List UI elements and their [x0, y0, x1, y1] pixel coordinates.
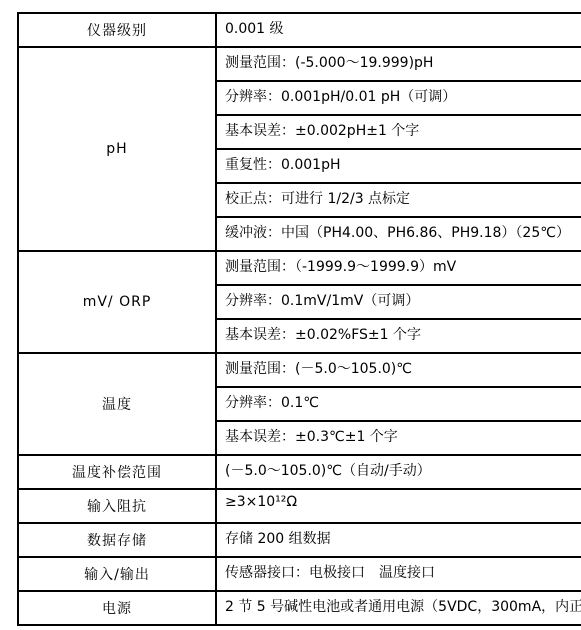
row-label-instrument-grade: 仪器级别: [18, 13, 216, 47]
row-label-ph: pH: [18, 47, 216, 251]
table-row: 温度补偿范围 (－5.0～105.0)℃（自动/手动）: [18, 455, 581, 489]
spec-value-instrument-grade: 0.001 级: [216, 13, 581, 47]
spec-value-power-supply: 2 节 5 号碱性电池或者通用电源（5VDC，300mA，内正外负）: [216, 591, 581, 625]
spec-value-ph-repeatability: 重复性：0.001pH: [216, 149, 581, 183]
table-row: 输入阻抗 ≥3×10¹²Ω: [18, 489, 581, 523]
spec-value-ph-range: 测量范围：(-5.000～19.999)pH: [216, 47, 581, 81]
spec-value-ph-resolution: 分辨率：0.001pH/0.01 pH（可调）: [216, 81, 581, 115]
table-row: 数据存储 存储 200 组数据: [18, 523, 581, 557]
spec-value-temp-compensation-range: (－5.0～105.0)℃（自动/手动）: [216, 455, 581, 489]
spec-value-mv-basic-error: 基本误差：±0.02%FS±1 个字: [216, 319, 581, 353]
row-label-temperature: 温度: [18, 353, 216, 455]
spec-value-input-impedance: ≥3×10¹²Ω: [216, 489, 581, 523]
row-label-data-storage: 数据存储: [18, 523, 216, 557]
spec-value-data-storage: 存储 200 组数据: [216, 523, 581, 557]
table-row: 仪器级别 0.001 级: [18, 13, 581, 47]
spec-table-container: 仪器级别 0.001 级 pH 测量范围：(-5.000～19.999)pH 分…: [17, 12, 570, 626]
spec-value-mv-range: 测量范围：（-1999.9～1999.9）mV: [216, 251, 581, 285]
spec-table: 仪器级别 0.001 级 pH 测量范围：(-5.000～19.999)pH 分…: [17, 12, 581, 626]
table-row: pH 测量范围：(-5.000～19.999)pH: [18, 47, 581, 81]
spec-value-ph-buffer-solution: 缓冲液：中国（PH4.00、PH6.86、PH9.18）（25℃）: [216, 217, 581, 251]
spec-value-temp-resolution: 分辨率：0.1℃: [216, 387, 581, 421]
row-label-temp-compensation-range: 温度补偿范围: [18, 455, 216, 489]
table-row: 温度 测量范围：(－5.0～105.0)℃: [18, 353, 581, 387]
table-row: 电源 2 节 5 号碱性电池或者通用电源（5VDC，300mA，内正外负）: [18, 591, 581, 625]
row-label-mv-orp: mV/ ORP: [18, 251, 216, 353]
row-label-input-impedance: 输入阻抗: [18, 489, 216, 523]
spec-value-ph-calibration-points: 校正点：可进行 1/2/3 点标定: [216, 183, 581, 217]
spec-value-input-output: 传感器接口：电极接口 温度接口: [216, 557, 581, 591]
spec-value-temp-basic-error: 基本误差：±0.3℃±1 个字: [216, 421, 581, 455]
table-row: 输入/输出 传感器接口：电极接口 温度接口: [18, 557, 581, 591]
spec-value-temp-range: 测量范围：(－5.0～105.0)℃: [216, 353, 581, 387]
spec-value-mv-resolution: 分辨率：0.1mV/1mV（可调）: [216, 285, 581, 319]
table-row: mV/ ORP 测量范围：（-1999.9～1999.9）mV: [18, 251, 581, 285]
row-label-power-supply: 电源: [18, 591, 216, 625]
row-label-input-output: 输入/输出: [18, 557, 216, 591]
spec-value-ph-basic-error: 基本误差：±0.002pH±1 个字: [216, 115, 581, 149]
